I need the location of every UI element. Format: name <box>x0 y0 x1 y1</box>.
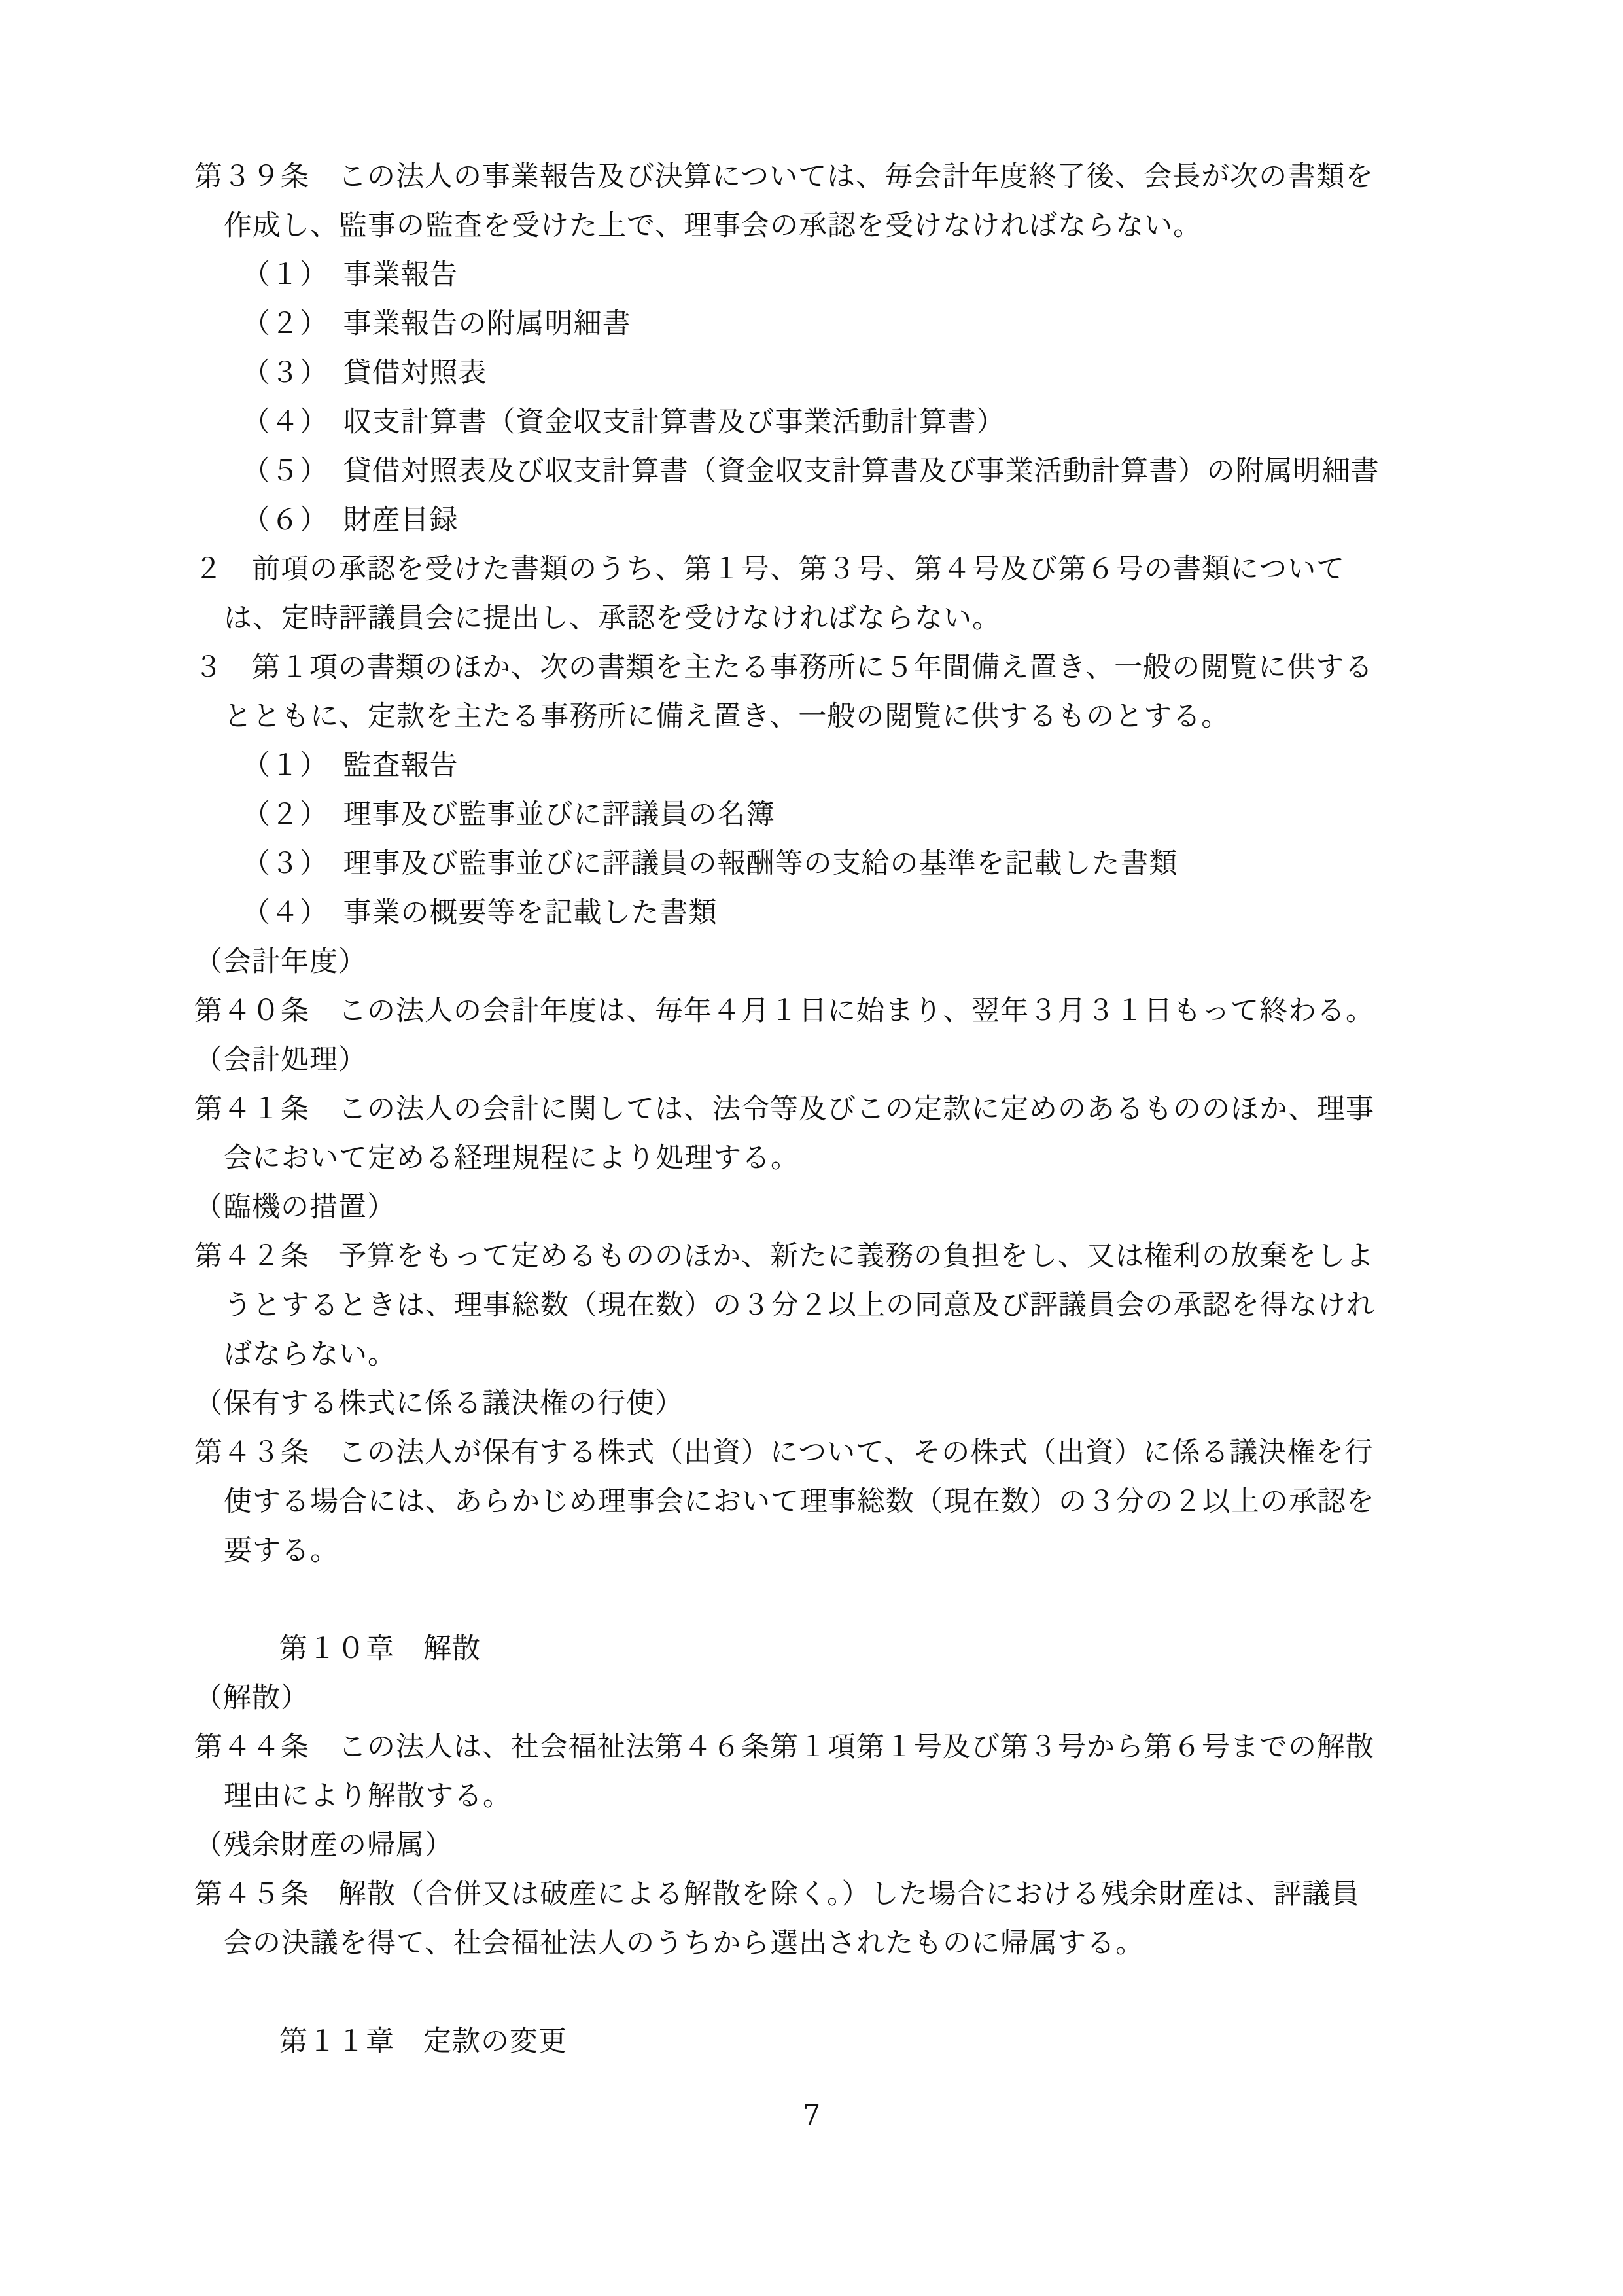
article-42-line-1: 第４２条 予算をもって定めるもののほか、新たに義務の負担をし、又は権利の放棄をし… <box>194 1232 1437 1281</box>
article-39-item-5: （５） 貸借対照表及び収支計算書（資金収支計算書及び事業活動計算書）の附属明細書 <box>194 447 1437 496</box>
heading-voting-rights: （保有する株式に係る議決権の行使） <box>194 1379 1437 1428</box>
article-39-item-2: （２） 事業報告の附属明細書 <box>194 300 1437 349</box>
article-41-line-2: 会において定める経理規程により処理する。 <box>194 1134 1437 1183</box>
article-39-para-3-item-3: （３） 理事及び監事並びに評議員の報酬等の支給の基準を記載した書類 <box>194 839 1437 889</box>
article-39-para-3-item-2: （２） 理事及び監事並びに評議員の名簿 <box>194 790 1437 839</box>
article-42-line-3: ばならない。 <box>194 1330 1437 1379</box>
page-number: 7 <box>0 2091 1623 2140</box>
article-39-item-1: （１） 事業報告 <box>194 251 1437 300</box>
heading-accounting: （会計処理） <box>194 1036 1437 1085</box>
article-43-line-1: 第４３条 この法人が保有する株式（出資）について、その株式（出資）に係る議決権を… <box>194 1428 1437 1477</box>
article-39-para-3-item-4: （４） 事業の概要等を記載した書類 <box>194 889 1437 938</box>
article-39-para-2-line-2: は、定時評議員会に提出し、承認を受けなければならない。 <box>194 594 1437 643</box>
heading-emergency-measures: （臨機の措置） <box>194 1183 1437 1232</box>
article-39-para-2-line-1: ２ 前項の承認を受けた書類のうち、第１号、第３号、第４号及び第６号の書類について <box>194 545 1437 594</box>
article-39-para-3-line-1: ３ 第１項の書類のほか、次の書類を主たる事務所に５年間備え置き、一般の閲覧に供す… <box>194 643 1437 692</box>
document-body: 第３９条 この法人の事業報告及び決算については、毎会計年度終了後、会長が次の書類… <box>194 152 1437 2066</box>
heading-fiscal-year: （会計年度） <box>194 938 1437 987</box>
article-39-item-4: （４） 収支計算書（資金収支計算書及び事業活動計算書） <box>194 398 1437 447</box>
heading-residual-assets: （残余財産の帰属） <box>194 1821 1437 1870</box>
article-39-item-3: （３） 貸借対照表 <box>194 349 1437 398</box>
article-45-line-2: 会の決議を得て、社会福祉法人のうちから選出されたものに帰属する。 <box>194 1919 1437 1968</box>
article-39-item-6: （６） 財産目録 <box>194 496 1437 545</box>
article-44-line-1: 第４４条 この法人は、社会福祉法第４６条第１項第１号及び第３号から第６号までの解… <box>194 1723 1437 1772</box>
blank-line <box>194 1968 1437 2017</box>
chapter-11-heading: 第１１章 定款の変更 <box>194 2017 1437 2066</box>
heading-dissolution: （解散） <box>194 1674 1437 1723</box>
article-42-line-2: うとするときは、理事総数（現在数）の３分２以上の同意及び評議員会の承認を得なけれ <box>194 1281 1437 1330</box>
article-39-para-3-line-2: とともに、定款を主たる事務所に備え置き、一般の閲覧に供するものとする。 <box>194 692 1437 741</box>
article-44-line-2: 理由により解散する。 <box>194 1772 1437 1821</box>
article-41-line-1: 第４１条 この法人の会計に関しては、法令等及びこの定款に定めのあるもののほか、理… <box>194 1085 1437 1134</box>
article-43-line-3: 要する。 <box>194 1527 1437 1576</box>
article-43-line-2: 使する場合には、あらかじめ理事会において理事総数（現在数）の３分の２以上の承認を <box>194 1477 1437 1527</box>
chapter-10-heading: 第１０章 解散 <box>194 1625 1437 1674</box>
article-39-para-3-item-1: （１） 監査報告 <box>194 741 1437 790</box>
article-39-line-2: 作成し、監事の監査を受けた上で、理事会の承認を受けなければならない。 <box>194 202 1437 251</box>
document-page: 第３９条 この法人の事業報告及び決算については、毎会計年度終了後、会長が次の書類… <box>0 0 1623 2296</box>
article-40-line-1: 第４０条 この法人の会計年度は、毎年４月１日に始まり、翌年３月３１日もって終わる… <box>194 987 1437 1036</box>
article-45-line-1: 第４５条 解散（合併又は破産による解散を除く。）した場合における残余財産は、評議… <box>194 1870 1437 1919</box>
article-39-line-1: 第３９条 この法人の事業報告及び決算については、毎会計年度終了後、会長が次の書類… <box>194 152 1437 202</box>
blank-line <box>194 1576 1437 1625</box>
